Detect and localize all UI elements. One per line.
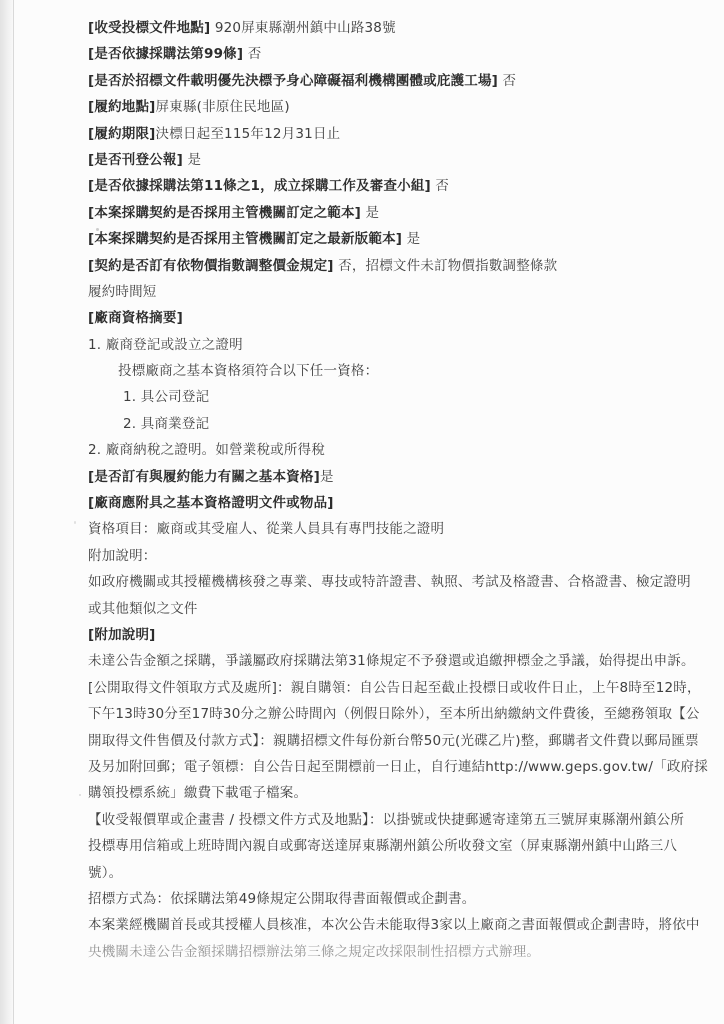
field-text: 【收受報價單或企畫書 / 投標文件方式及地點】：以掛號或快捷郵遞寄達第五三號屏東… (88, 812, 684, 828)
field-text: 開取得文件售價及付款方式】：親購招標文件每份新台幣50元(光碟乙片)整，郵購者文… (88, 733, 699, 749)
field-text: 否 (431, 178, 449, 194)
field-label: [是否刊登公報] (88, 152, 183, 168)
field-text: 否 (243, 46, 261, 62)
text-line: 購領投標系統」繳費下載電子檔案。 (88, 780, 716, 806)
field-label: [本案採購契約是否採用主管機關訂定之範本] (88, 205, 361, 221)
field-text: 如政府機關或其授權機構核發之專業、專技或特許證書、執照、考試及格證書、合格證書、… (88, 574, 691, 590)
text-line: 及另加附回郵；電子領標：自公告日起至開標前一日止，自行連結http://www.… (88, 754, 716, 780)
field-label: [本案採購契約是否採用主管機關訂定之最新版範本] (88, 231, 402, 247)
text-line: [是否於招標文件載明優先決標予身心障礙福利機構團體或庇護工場] 否 (88, 68, 716, 94)
field-text: 號）。 (88, 865, 122, 881)
text-line: 號）。 (88, 860, 716, 886)
text-line: [履約地點]屏東縣(非原住民地區) (88, 94, 716, 120)
scanned-document-page: [收受投標文件地點] 920屏東縣潮州鎮中山路38號[是否依據採購法第99條] … (88, 15, 716, 965)
scan-speck (74, 521, 76, 524)
text-line: 招標方式為：依採購法第49條規定公開取得書面報價或企劃書。 (88, 886, 716, 912)
text-line: 2. 具商業登記 (88, 411, 716, 437)
scan-speck (79, 794, 81, 796)
field-text: 1. 具公司登記 (123, 389, 209, 405)
text-line: [公開取得文件領取方式及處所]：親自購領：自公告日起至截止投標日或收件日止，上午… (88, 675, 716, 701)
field-text: 附加說明： (88, 548, 157, 564)
scan-left-edge-artifact (0, 0, 14, 1024)
text-line: 投標專用信箱或上班時間內親自或郵寄送達屏東縣潮州鎮公所收發文室（屏東縣潮州鎮中山… (88, 833, 716, 859)
field-label: [是否訂有與履約能力有關之基本資格] (88, 469, 320, 485)
text-line: 附加說明： (88, 543, 716, 569)
field-text: 決標日起至115年12月31日止 (156, 126, 341, 142)
field-text: 是 (402, 231, 420, 247)
field-text: 920屏東縣潮州鎮中山路38號 (210, 20, 395, 36)
text-line: 央機關未達公告金額採購招標辦法第三條之規定改採限制性招標方式辦理。 (88, 939, 716, 965)
field-text: 2. 廠商納稅之證明。如營業稅或所得稅 (88, 442, 325, 458)
text-line: [本案採購契約是否採用主管機關訂定之範本] 是 (88, 200, 716, 226)
field-text: 否，招標文件未訂物價指數調整條款 (334, 258, 558, 274)
field-text: 下午13時30分至17時30分之辦公時間內（例假日除外），至本所出納繳納文件費後… (88, 706, 700, 722)
field-text: 是 (361, 205, 379, 221)
text-line: 1. 具公司登記 (88, 384, 716, 410)
text-line: 1. 廠商登記或設立之證明 (88, 332, 716, 358)
text-line: 本案業經機關首長或其授權人員核准，本次公告未能取得3家以上廠商之書面報價或企劃書… (88, 912, 716, 938)
field-text: 招標方式為：依採購法第49條規定公開取得書面報價或企劃書。 (88, 891, 475, 907)
text-line: 未達公告金額之採購，爭議屬政府採購法第31條規定不予發還或追繳押標金之爭議，始得… (88, 648, 716, 674)
text-line: [是否訂有與履約能力有關之基本資格]是 (88, 464, 716, 490)
field-text: 央機關未達公告金額採購招標辦法第三條之規定改採限制性招標方式辦理。 (88, 944, 540, 960)
text-line: [契約是否訂有依物價指數調整價金規定] 否，招標文件未訂物價指數調整條款 (88, 253, 716, 279)
field-text: 1. 廠商登記或設立之證明 (88, 337, 243, 353)
text-line: 下午13時30分至17時30分之辦公時間內（例假日除外），至本所出納繳納文件費後… (88, 701, 716, 727)
text-line: 資格項目：廠商或其受雇人、從業人員具有專門技能之證明 (88, 516, 716, 542)
text-line: 或其他類似之文件 (88, 596, 716, 622)
field-text: 投標專用信箱或上班時間內親自或郵寄送達屏東縣潮州鎮公所收發文室（屏東縣潮州鎮中山… (88, 838, 677, 854)
text-line: 履約時間短 (88, 279, 716, 305)
text-line: [本案採購契約是否採用主管機關訂定之最新版範本] 是 (88, 226, 716, 252)
text-line: [廠商資格摘要] (88, 305, 716, 331)
field-text: 或其他類似之文件 (88, 601, 198, 617)
text-line: 2. 廠商納稅之證明。如營業稅或所得稅 (88, 437, 716, 463)
field-label: [履約期限] (88, 126, 156, 142)
text-line: [履約期限]決標日起至115年12月31日止 (88, 121, 716, 147)
field-label: [廠商資格摘要] (88, 310, 183, 326)
text-line: 開取得文件售價及付款方式】：親購招標文件每份新台幣50元(光碟乙片)整，郵購者文… (88, 728, 716, 754)
field-text: 否 (498, 73, 516, 89)
text-line: [廠商應附具之基本資格證明文件或物品] (88, 490, 716, 516)
text-line: 如政府機關或其授權機構核發之專業、專技或特許證書、執照、考試及格證書、合格證書、… (88, 569, 716, 595)
field-text: 資格項目：廠商或其受雇人、從業人員具有專門技能之證明 (88, 521, 444, 537)
text-line: 【收受報價單或企畫書 / 投標文件方式及地點】：以掛號或快捷郵遞寄達第五三號屏東… (88, 807, 716, 833)
field-text: 本案業經機關首長或其授權人員核准，本次公告未能取得3家以上廠商之書面報價或企劃書… (88, 917, 700, 933)
field-text: 購領投標系統」繳費下載電子檔案。 (88, 785, 307, 801)
field-label: [附加說明] (88, 627, 156, 643)
field-text: 是 (320, 469, 334, 485)
field-label: [廠商應附具之基本資格證明文件或物品] (88, 495, 334, 511)
field-text: 2. 具商業登記 (123, 416, 209, 432)
text-line: [附加說明] (88, 622, 716, 648)
field-text: 是 (183, 152, 201, 168)
text-line: [是否刊登公報] 是 (88, 147, 716, 173)
field-label: [是否依據採購法第99條] (88, 46, 243, 62)
field-text: 未達公告金額之採購，爭議屬政府採購法第31條規定不予發還或追繳押標金之爭議，始得… (88, 653, 695, 669)
field-text: 及另加附回郵；電子領標：自公告日起至開標前一日止，自行連結http://www.… (88, 759, 708, 775)
field-text: 投標廠商之基本資格須符合以下任一資格： (118, 363, 378, 379)
field-text: [公開取得文件領取方式及處所]：親自購領：自公告日起至截止投標日或收件日止，上午… (88, 680, 701, 696)
field-text: 履約時間短 (88, 284, 157, 300)
text-line: [收受投標文件地點] 920屏東縣潮州鎮中山路38號 (88, 15, 716, 41)
field-label: [收受投標文件地點] (88, 20, 210, 36)
field-label: [是否於招標文件載明優先決標予身心障礙福利機構團體或庇護工場] (88, 73, 498, 89)
text-line: 投標廠商之基本資格須符合以下任一資格： (88, 358, 716, 384)
field-text: 屏東縣(非原住民地區) (156, 99, 290, 115)
field-label: [是否依據採購法第11條之1，成立採購工作及審查小組] (88, 178, 431, 194)
field-label: [契約是否訂有依物價指數調整價金規定] (88, 258, 334, 274)
text-line: [是否依據採購法第11條之1，成立採購工作及審查小組] 否 (88, 173, 716, 199)
text-line: [是否依據採購法第99條] 否 (88, 41, 716, 67)
field-label: [履約地點] (88, 99, 156, 115)
